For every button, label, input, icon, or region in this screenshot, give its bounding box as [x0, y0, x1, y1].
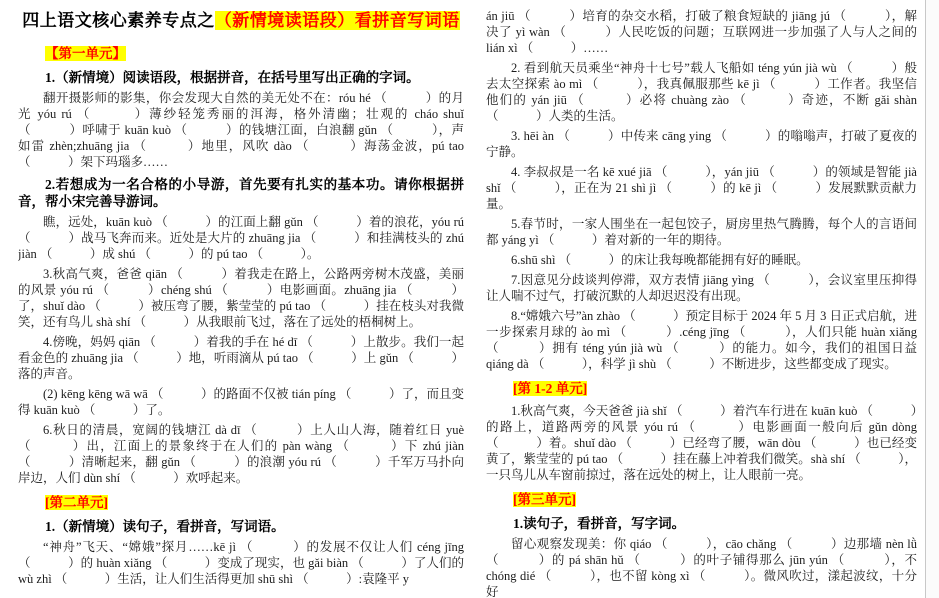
exercise-1-instruction: 1.（新情境）阅读语段，根据拼音，在括号里写出正确的字词。: [18, 69, 464, 86]
unit3-exercise-1-instruction: 1.读句子，看拼音，写字词。: [486, 515, 917, 532]
passage-16: 1.秋高气爽，今天爸爸 jià shǐ （ ）着汽车行进在 kuān kuò （…: [486, 403, 917, 483]
passage-1: 翻开摄影师的影集，你会发现大自然的美无处不在：róu hé （ ）的月光 yóu…: [18, 90, 464, 170]
right-column: án jiū （ ）培育的杂交水稻，打破了粮食短缺的 jiāng jú （ ），…: [486, 8, 917, 598]
left-column: 四上语文核心素养专点之（新情境读语段）看拼音写词语 【第一单元】 1.（新情境）…: [18, 8, 464, 598]
page-title-prefix: 四上语文核心素养专点之: [22, 11, 215, 30]
passage-10: 3. hēi àn （ ）中传来 cāng ying （ ）的嗡嗡声，打破了夏夜…: [486, 128, 917, 160]
section-header-unit1-label: 【第一单元】: [45, 46, 126, 61]
passage-5: (2) kēng kēng wā wā （ ）的路面不仅被 tián píng …: [18, 386, 464, 418]
section-header-unit1: 【第一单元】: [18, 45, 464, 63]
passage-8-continuation: án jiū （ ）培育的杂交水稻，打破了粮食短缺的 jiāng jú （ ），…: [486, 8, 917, 56]
passage-14: 7.因意见分歧谈判停滞，双方表情 jiāng yìng （ ），会议室里压抑得让…: [486, 272, 917, 304]
passage-4: 4.傍晚，妈妈 qiān （ ）着我的手在 hé dī （ ）上散步。我们一起看…: [18, 334, 464, 382]
section-header-unit3-label: [第三单元]: [513, 492, 576, 507]
passage-15: 8.“嫦娥六号”àn zhào （ ）预定目标于 2024 年 5 月 3 日正…: [486, 308, 917, 372]
unit2-exercise-1-instruction: 1.（新情境）读句子，看拼音，写词语。: [18, 518, 464, 535]
passage-9: 2. 看到航天员乘坐“神舟十七号”载人飞船如 téng yún jià wù （…: [486, 60, 917, 124]
document-viewer: 四上语文核心素养专点之（新情境读语段）看拼音写词语 【第一单元】 1.（新情境）…: [0, 0, 939, 598]
passage-3: 3.秋高气爽，爸爸 qiān （ ）着我走在路上，公路两旁树木茂盛，美丽的风景 …: [18, 266, 464, 330]
passage-17: 留心观察发现美：你 qiáo （ ），cāo chǎng （ ）边那墙 nèn …: [486, 536, 917, 598]
section-header-unit2-label: [第二单元]: [45, 495, 108, 510]
exercise-2-instruction: 2.若想成为一名合格的小导游，首先要有扎实的基本功。请你根据拼音，帮小宋完善导游…: [18, 176, 464, 210]
worksheet-page: 四上语文核心素养专点之（新情境读语段）看拼音写词语 【第一单元】 1.（新情境）…: [0, 0, 926, 598]
passage-11: 4. 李叔叔是一名 kē xué jiā （ ），yán jiū （ ）的领域是…: [486, 164, 917, 212]
page-title-highlight: （新情境读语段）看拼音写词语: [215, 11, 460, 30]
passage-13: 6.shū shì （ ）的床让我每晚都能拥有好的睡眠。: [486, 252, 917, 268]
passage-12: 5.春节时，一家人围坐在一起包饺子，厨房里热气腾腾，每个人的言语间都 yáng …: [486, 216, 917, 248]
passage-2: 瞧，远处，kuān kuò （ ）的江面上翻 gǔn （ ）着的浪花，yóu r…: [18, 214, 464, 262]
passage-6: 6.秋日的清晨，宽阔的钱塘江 dà dī （ ）上人山人海，随着红日 yuè （…: [18, 422, 464, 486]
section-header-unit1-2-label: [第 1-2 单元]: [513, 381, 587, 396]
section-header-unit3: [第三单元]: [486, 491, 917, 509]
section-header-unit2: [第二单元]: [18, 494, 464, 512]
page-title: 四上语文核心素养专点之（新情境读语段）看拼音写词语: [18, 8, 464, 33]
section-header-unit1-2: [第 1-2 单元]: [486, 380, 917, 398]
passage-7: “神舟”飞天、“嫦娥”探月……kē jì （ ）的发展不仅让人们 céng jī…: [18, 539, 464, 587]
